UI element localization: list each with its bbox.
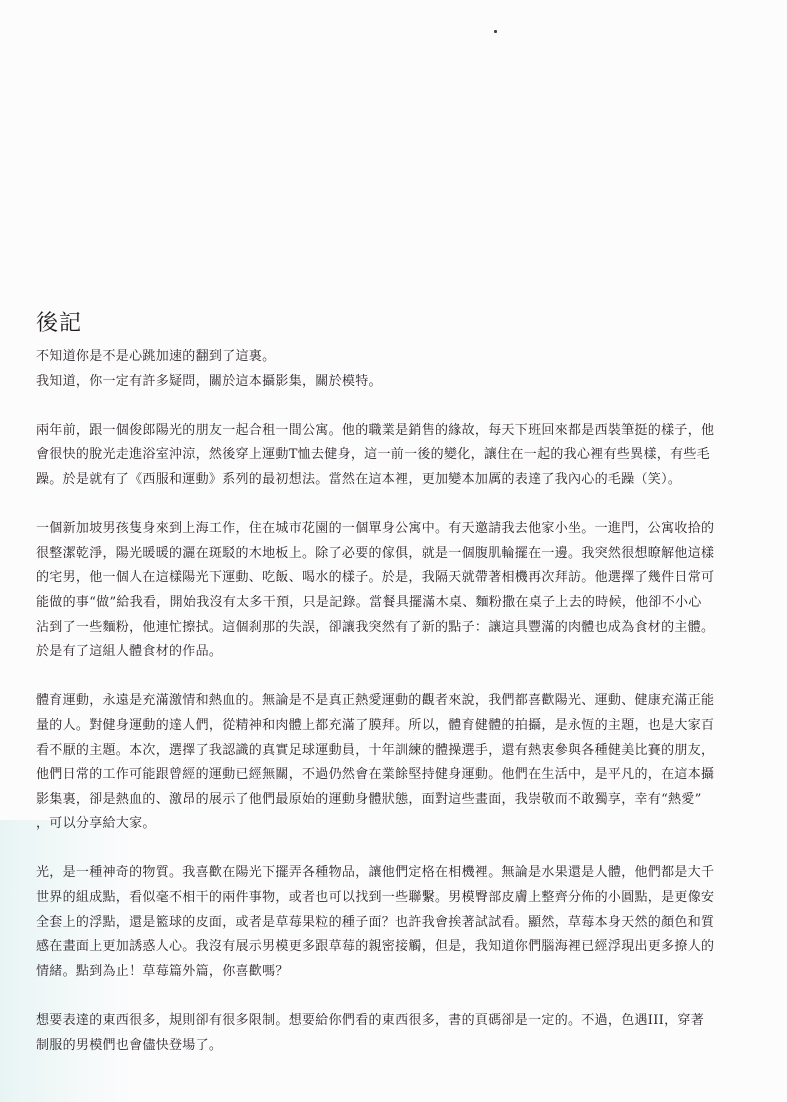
paragraph-line: 他們日常的工作可能跟曾經的運動已經無關，不過仍然會在業餘堅持健身運動。他們在生活… bbox=[36, 763, 766, 788]
paragraph-line: 情緒。點到為止！草莓篇外篇，你喜歡嗎？ bbox=[36, 960, 766, 985]
afterword-page: 後記 不知道你是不是心跳加速的翻到了這裏。 我知道，你一定有許多疑問，關於這本攝… bbox=[36, 306, 766, 1058]
paragraph-line: 制服的男模們也會儘快登場了。 bbox=[36, 1034, 766, 1059]
paragraph-line: 量的人。對健身運動的達人們，從精神和肉體上都充滿了膜拜。所以，體育健體的拍攝，是… bbox=[36, 714, 766, 739]
paragraph-line: 光，是一種神奇的物質。我喜歡在陽光下擺弄各種物品，讓他們定格在相機裡。無論是水果… bbox=[36, 861, 766, 886]
paragraph-line: 躁。於是就有了《西服和運動》系列的最初想法。當然在這本裡，更加變本加厲的表達了我… bbox=[36, 468, 766, 493]
paragraph-line: 能做的事“做”給我看，開始我沒有太多干預，只是記錄。當餐具擺滿木桌、麵粉撒在桌子… bbox=[36, 591, 766, 616]
paragraph-line: 沾到了一些麵粉，他連忙擦拭。這個刹那的失誤，卻讓我突然有了新的點子：讓這具豐滿的… bbox=[36, 616, 766, 641]
paragraph-suit-and-sports: 兩年前，跟一個俊郎陽光的朋友一起合租一間公寓。他的職業是銷售的緣故，每天下班回來… bbox=[36, 419, 766, 493]
paragraph-line: 於是有了這組人體食材的作品。 bbox=[36, 640, 766, 665]
intro-line: 我知道，你一定有許多疑問，關於這本攝影集，關於模特。 bbox=[36, 370, 766, 395]
paragraph-line: 想要表達的東西很多，規則卻有很多限制。想要給你們看的東西很多，書的頁碼卻是一定的… bbox=[36, 1009, 766, 1034]
scan-speck bbox=[494, 30, 497, 33]
paragraph-line: 世界的組成點，看似毫不相干的兩件事物，或者也可以找到一些聯繫。男模臀部皮膚上整齊… bbox=[36, 886, 766, 911]
paragraph-body-food: 一個新加坡男孩隻身來到上海工作，住在城市花園的一個單身公寓中。有天邀請我去他家小… bbox=[36, 517, 766, 665]
paragraph-line: 看不厭的主題。本次，選擇了我認識的真實足球運動員，十年訓練的體操選手，還有熱衷參… bbox=[36, 739, 766, 764]
page-title: 後記 bbox=[36, 306, 766, 337]
paragraph-line: 一個新加坡男孩隻身來到上海工作，住在城市花園的一個單身公寓中。有天邀請我去他家小… bbox=[36, 517, 766, 542]
paragraph-light-strawberry: 光，是一種神奇的物質。我喜歡在陽光下擺弄各種物品，讓他們定格在相機裡。無論是水果… bbox=[36, 861, 766, 984]
paragraph-line: 全套上的浮點，還是籃球的皮面，或者是草莓果粒的種子面？也許我會挨著試試看。顯然，… bbox=[36, 911, 766, 936]
paragraph-line: 會很快的脫光走進浴室沖涼，然後穿上運動T恤去健身，這一前一後的變化，讓住在一起的… bbox=[36, 443, 766, 468]
paragraph-line: ，可以分享給大家。 bbox=[36, 812, 766, 837]
paragraph-line: 兩年前，跟一個俊郎陽光的朋友一起合租一間公寓。他的職業是銷售的緣故，每天下班回來… bbox=[36, 419, 766, 444]
paragraph-line: 影集裏，卻是熱血的、激昂的展示了他們最原始的運動身體狀態，面對這些畫面，我崇敬而… bbox=[36, 788, 766, 813]
intro-line: 不知道你是不是心跳加速的翻到了這裏。 bbox=[36, 345, 766, 370]
paragraph-line: 的宅男，他一個人在這樣陽光下運動、吃飯、喝水的樣子。於是，我隔天就帶著相機再次拜… bbox=[36, 566, 766, 591]
intro: 不知道你是不是心跳加速的翻到了這裏。 我知道，你一定有許多疑問，關於這本攝影集，… bbox=[36, 345, 766, 394]
paragraph-line: 感在畫面上更加誘惑人心。我沒有展示男模更多跟草莓的親密接觸，但是，我知道你們腦海… bbox=[36, 935, 766, 960]
paragraph-closing: 想要表達的東西很多，規則卻有很多限制。想要給你們看的東西很多，書的頁碼卻是一定的… bbox=[36, 1009, 766, 1058]
paragraph-line: 很整潔乾淨，陽光暖暖的灑在斑駁的木地板上。除了必要的傢俱，就是一個腹肌輪擺在一邊… bbox=[36, 542, 766, 567]
paragraph-line: 體育運動，永遠是充滿激情和熱血的。無論是不是真正熱愛運動的觀者來說，我們都喜歡陽… bbox=[36, 689, 766, 714]
paragraph-sports: 體育運動，永遠是充滿激情和熱血的。無論是不是真正熱愛運動的觀者來說，我們都喜歡陽… bbox=[36, 689, 766, 837]
